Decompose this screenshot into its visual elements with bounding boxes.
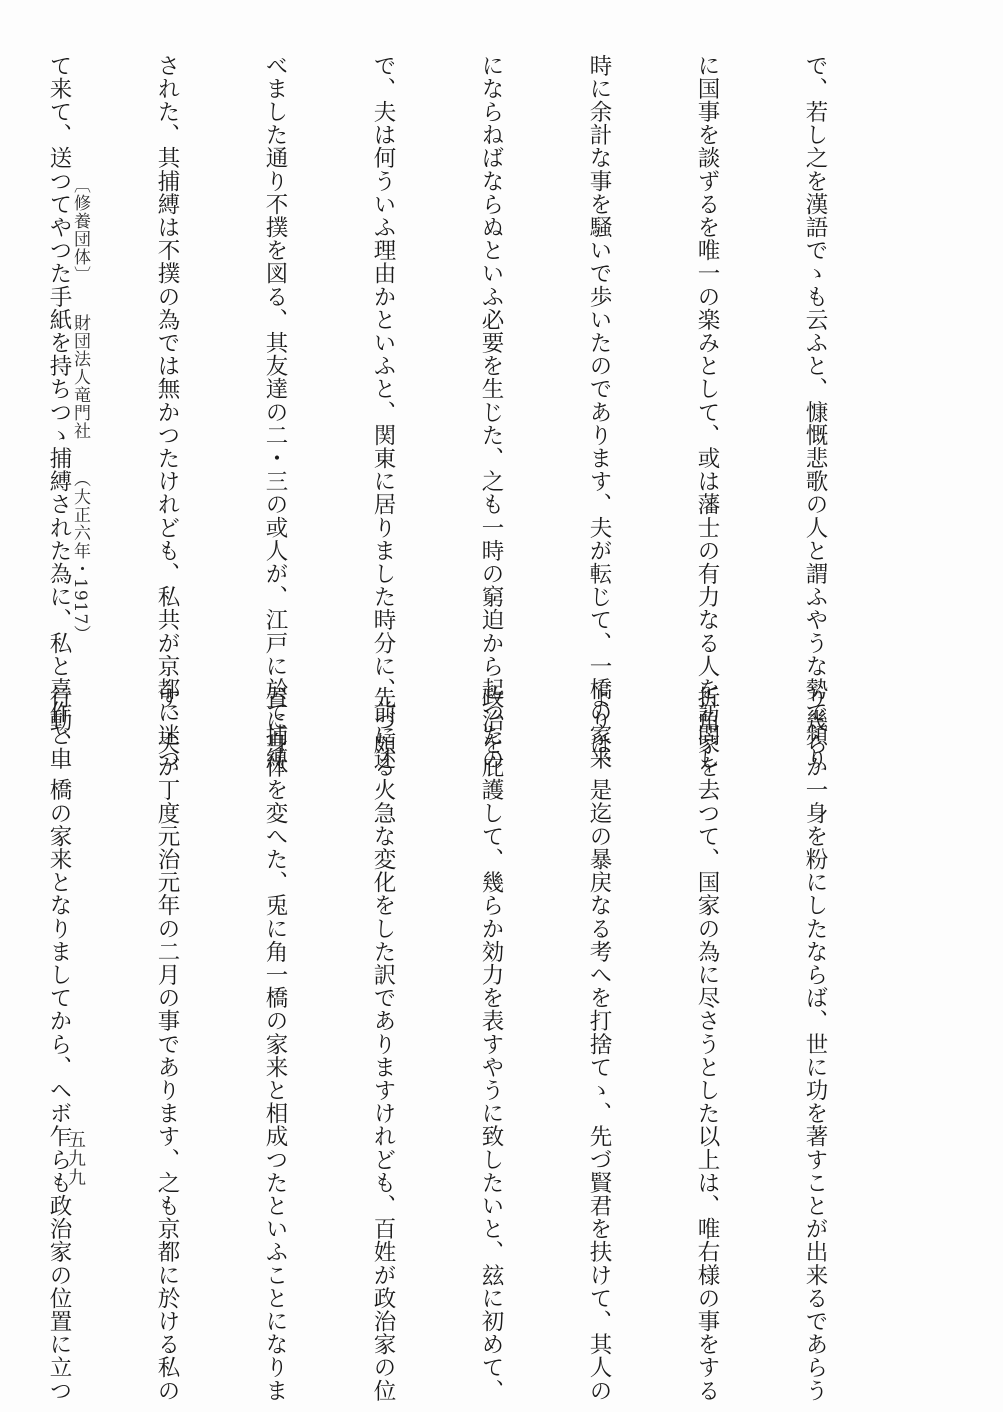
text-column: で、若し之を漢語でゝも云ふと、慷慨悲歌の人と謂ふやうな勢で頻り [797,54,833,674]
page-number: 五九九 [62,1130,88,1187]
running-footer: 〔修養団体〕財団法人竜門社（大正六年・1917） [48,150,113,643]
text-column: す、夫が丁度元治元年の二月の事であります、之も京都に於ける私の [149,686,185,1326]
text-column: 政治を庇護して、幾らか効力を表すやうに致したいと、玆に初めて、 [473,686,509,1326]
footer-category: 〔修養団体〕 [68,176,93,284]
text-column: べました通り不撲を図る、其友達の二・三の或人が、江戸に於て捕縛 [257,54,293,674]
text-column: 行動、一橋の家来となりましてから、ヘボ乍らも政治家の位置に立つ [41,686,77,1326]
document-page: で、若し之を漢語でゝも云ふと、慷慨悲歌の人と謂ふやうな勢で頻り に国事を談ずるを… [0,0,1003,1412]
text-column: にならねばならぬといふ必要を生じた、之も一時の窮迫から起つたの [473,54,509,674]
text-column: 折角家を去つて、国家の為に尽さうとした以上は、唯右様の事をする [689,686,725,1326]
text-block-top: で、若し之を漢語でゝも云ふと、慷慨悲歌の人と謂ふやうな勢で頻り に国事を談ずるを… [0,54,905,674]
text-column: り幾らか一身を粉にしたならば、世に功を著すことが出来るであらう [797,686,833,1326]
text-column: 先づ頗る火急な変化をした訳でありますけれども、百姓が政治家の位 [365,686,401,1326]
footer-date: （大正六年・1917） [68,470,93,643]
text-column: 置に身体を変へた、兎に角一橋の家来と相成つたといふことになりま [257,686,293,1326]
text-column: 時に余計な事を騒いで歩いたのであります、夫が転じて、一橋の家来 [581,54,617,674]
text-column: に国事を談ずるを唯一の楽みとして、或は藩士の有力なる人を訪問し [689,54,725,674]
text-column: された、其捕縛は不撲の為では無かつたけれども、私共が京都に迷つ [149,54,185,674]
text-column: よりは、是迄の暴戻なる考へを打捨てゝ、先づ賢君を扶けて、其人の [581,686,617,1326]
text-block-bottom: り幾らか一身を粉にしたならば、世に功を著すことが出来るであらう 折角家を去つて、… [0,686,905,1326]
text-column: で、夫は何ういふ理由かといふと、関東に居りました時分に、前に述 [365,54,401,674]
footer-publisher: 財団法人竜門社 [68,314,93,440]
